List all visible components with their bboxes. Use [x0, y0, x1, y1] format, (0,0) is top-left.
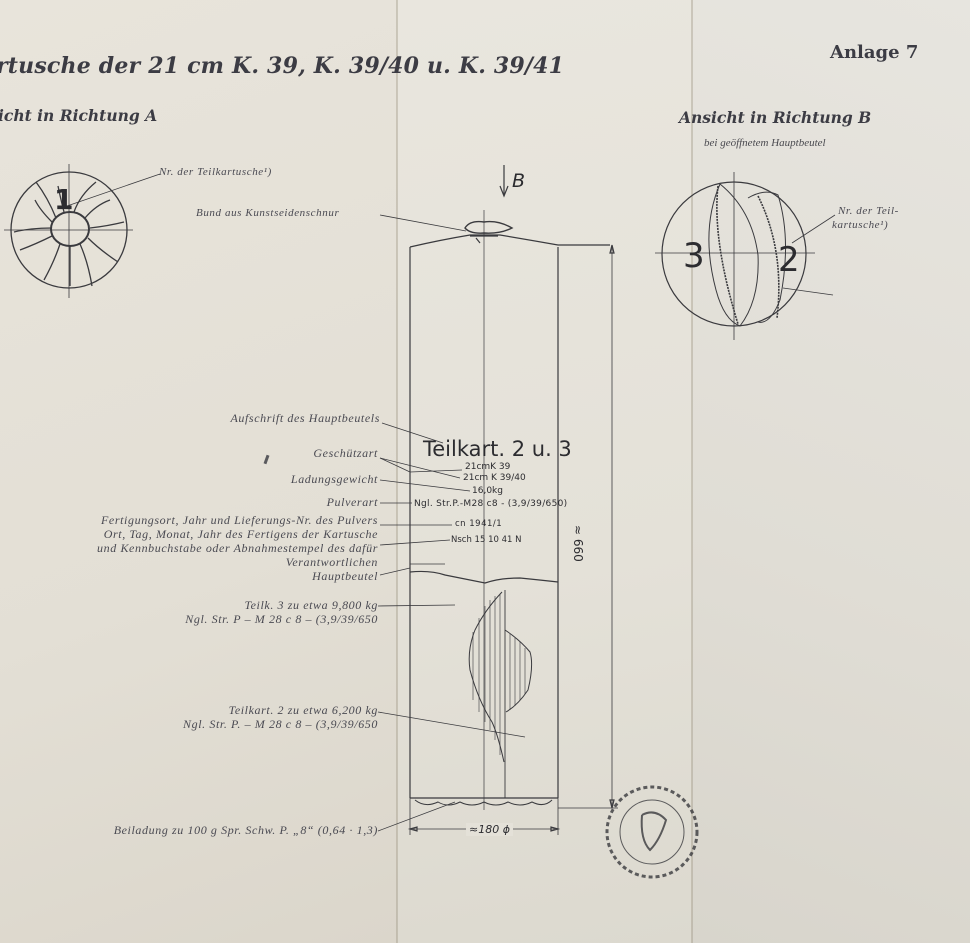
stencil-title: Teilkart. 2 u. 3 [423, 437, 572, 461]
stencil-powder: Ngl. Str.P.-M28 c8 - (3,9/39/650) [414, 499, 567, 509]
height-dimension: ≈ 660 [571, 525, 585, 562]
view-b-circle [655, 172, 835, 340]
callout-main-bag: Hauptbeutel [312, 569, 378, 584]
callout-part3-powder: Ngl. Str. P – M 28 c 8 – (3,9/39/650 [185, 612, 378, 627]
view-a-circle [4, 164, 160, 298]
direction-label-b: B [512, 170, 525, 192]
view-a-part-number: 1 [54, 183, 73, 216]
callout-manufacture-4: Verantwortlichen [286, 555, 378, 570]
callout-gun-type: Geschützart [313, 446, 378, 461]
view-b-part-label-2: kartusche¹) [832, 219, 888, 231]
view-b-part-label-1: Nr. der Teil- [838, 205, 899, 217]
view-b-part-number-2: 2 [778, 240, 800, 280]
callout-manufacture-1: Fertigungsort, Jahr und Lieferungs-Nr. d… [101, 513, 378, 528]
callout-charge-weight: Ladungsgewicht [291, 472, 378, 487]
embossed-seal-stamp [607, 787, 697, 877]
tie-label: Bund aus Kunstseidenschnur [196, 207, 339, 219]
stencil-gun-1: 21cmK 39 [465, 462, 510, 472]
stencil-fill: Nsch 15 10 41 N [451, 535, 521, 545]
callout-manufacture-3: und Kennbuchstabe oder Abnahmestempel de… [97, 541, 378, 556]
stencil-gun-2: 21cm K 39/40 [463, 473, 526, 483]
callout-leaders [378, 423, 525, 831]
callout-inscription: Aufschrift des Hauptbeutels [230, 411, 380, 426]
callout-igniter: Beiladung zu 100 g Spr. Schw. P. „8“ (0,… [114, 823, 378, 838]
callout-part2-powder: Ngl. Str. P. – M 28 c 8 – (3,9/39/650 [183, 717, 378, 732]
callout-powder-type: Pulverart [327, 495, 378, 510]
view-a-part-label: Nr. der Teilkartusche¹) [159, 166, 272, 178]
direction-arrow-b [500, 165, 508, 196]
callout-part2-weight: Teilkart. 2 zu etwa 6,200 kg [229, 703, 378, 718]
stencil-lot: cn 1941/1 [455, 519, 502, 529]
drawing-sheet: rtusche der 21 cm K. 39, K. 39/40 u. K. … [0, 0, 970, 943]
callout-manufacture-2: Ort, Tag, Monat, Jahr des Fertigens der … [104, 527, 378, 542]
diameter-dimension: ≈180 ϕ [466, 823, 513, 836]
callout-part3-weight: Teilk. 3 zu etwa 9,800 kg [244, 598, 378, 613]
view-b-part-number-3: 3 [683, 236, 705, 276]
stencil-weight: 16,0kg [472, 486, 503, 496]
